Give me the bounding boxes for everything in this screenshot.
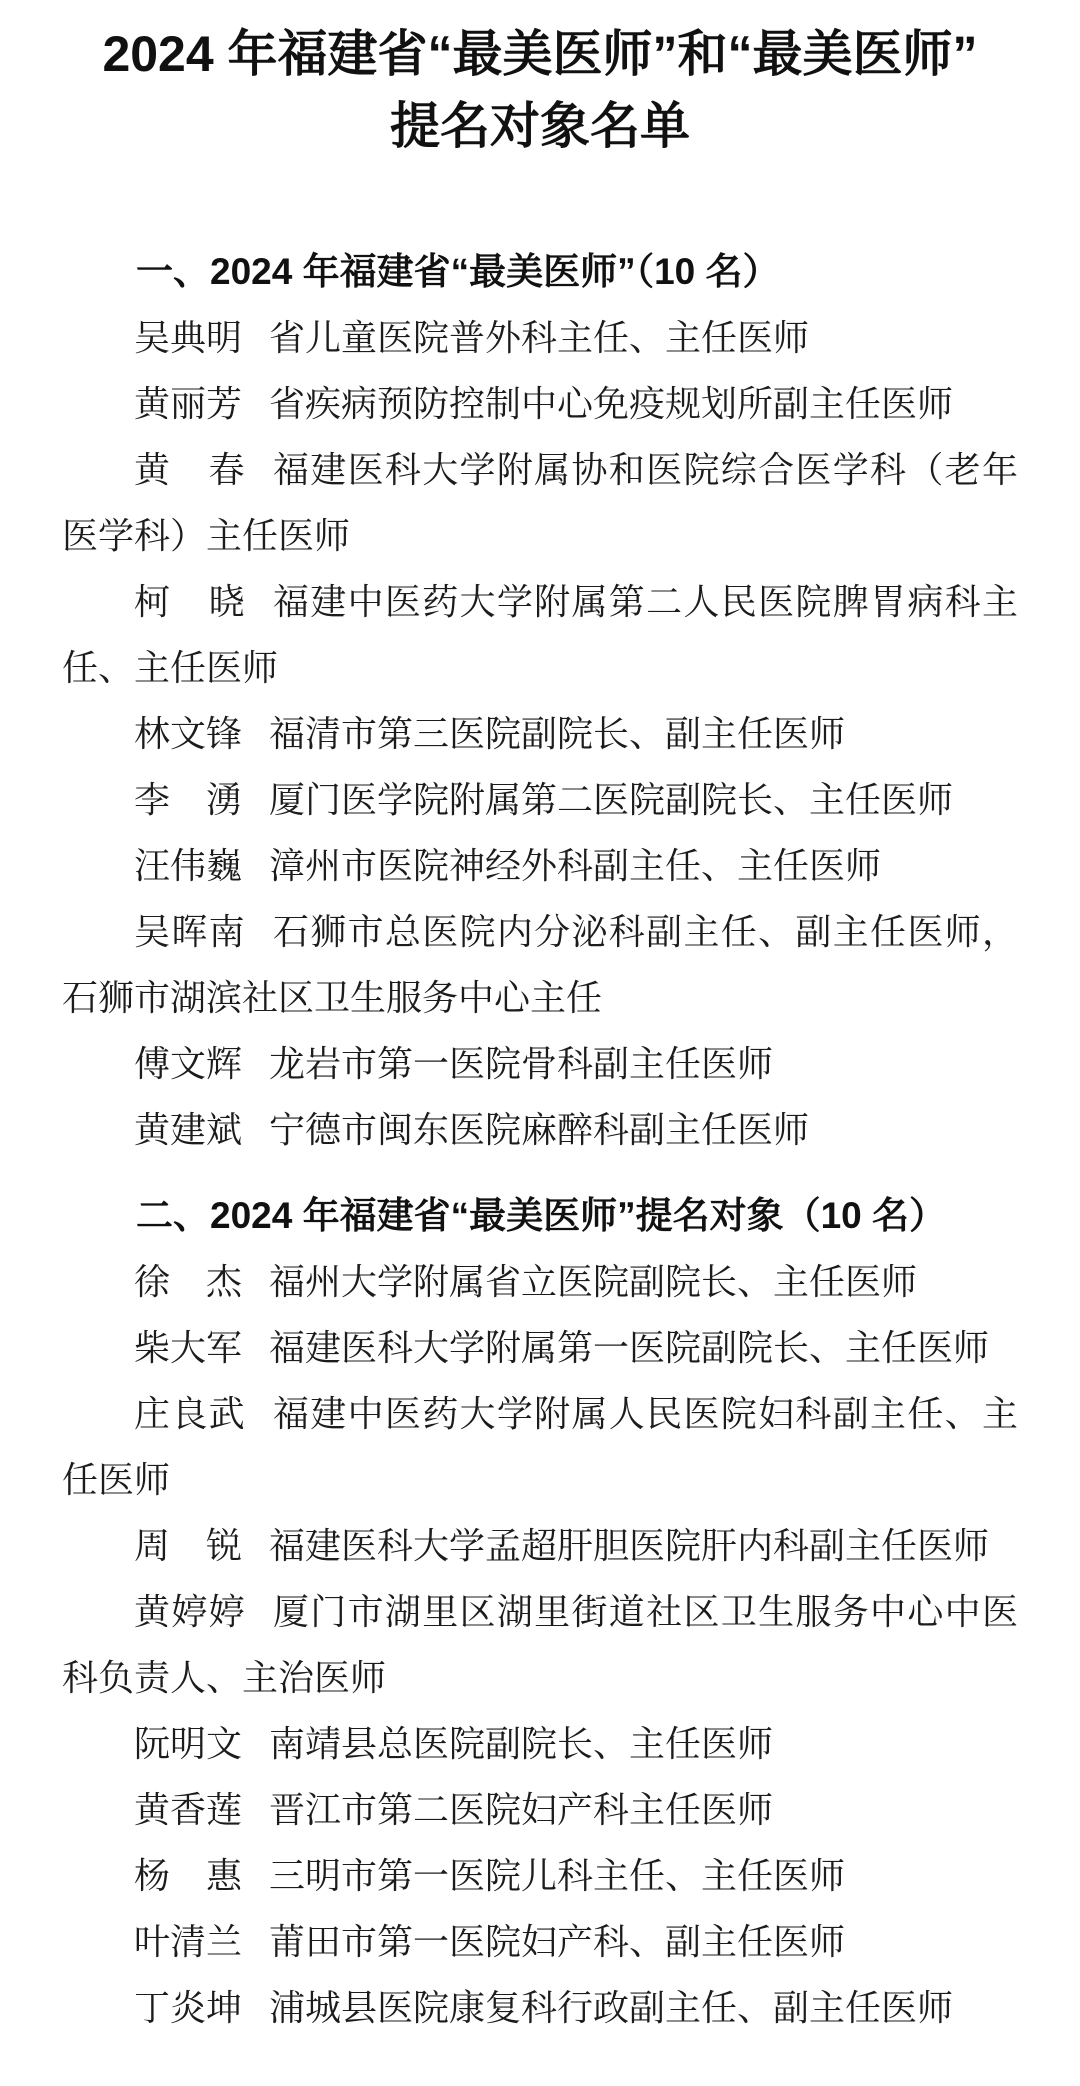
doctor-title: 福州大学附属省立医院副院长、主任医师	[269, 1262, 917, 1302]
list-entry: 徐 杰福州大学附属省立医院副院长、主任医师	[62, 1249, 1018, 1315]
doctor-title: 福建医科大学孟超肝胆医院肝内科副主任医师	[269, 1526, 989, 1566]
list-entry: 汪伟巍漳州市医院神经外科副主任、主任医师	[62, 833, 1018, 899]
list-entry: 吴典明省儿童医院普外科主任、主任医师	[62, 305, 1018, 371]
doctor-name: 黄婷婷	[134, 1592, 246, 1632]
section-1-heading: 一、2024 年福建省“最美医师”（10 名）	[62, 239, 1018, 305]
doctor-title: 莆田市第一医院妇产科、副主任医师	[269, 1922, 845, 1962]
page-title-line-2: 提名对象名单	[62, 90, 1018, 162]
doctor-title: 三明市第一医院儿科主任、主任医师	[269, 1856, 845, 1896]
list-entry: 黄建斌宁德市闽东医院麻醉科副主任医师	[62, 1097, 1018, 1163]
doctor-name: 丁炎坤	[134, 1988, 242, 2028]
doctor-title: 厦门医学院附属第二医院副院长、主任医师	[269, 780, 953, 820]
doctor-name: 黄丽芳	[134, 384, 242, 424]
doctor-title: 晋江市第二医院妇产科主任医师	[269, 1790, 773, 1830]
doctor-name: 柯 晓	[134, 582, 246, 622]
list-entry: 叶清兰莆田市第一医院妇产科、副主任医师	[62, 1909, 1018, 1975]
list-entry: 阮明文南靖县总医院副院长、主任医师	[62, 1711, 1018, 1777]
section-2-heading: 二、2024 年福建省“最美医师”提名对象（10 名）	[62, 1183, 1018, 1249]
page-title-line-1: 2024 年福建省“最美医师”和“最美医师”	[62, 18, 1018, 90]
list-entry: 柴大军福建医科大学附属第一医院副院长、主任医师	[62, 1315, 1018, 1381]
doctor-title: 宁德市闽东医院麻醉科副主任医师	[269, 1110, 809, 1150]
doctor-title: 漳州市医院神经外科副主任、主任医师	[269, 846, 881, 886]
doctor-name: 吴晖南	[134, 912, 246, 952]
list-entry: 庄良武福建中医药大学附属人民医院妇科副主任、主任医师	[62, 1381, 1018, 1513]
doctor-title: 省疾病预防控制中心免疫规划所副主任医师	[269, 384, 953, 424]
list-entry: 黄丽芳省疾病预防控制中心免疫规划所副主任医师	[62, 371, 1018, 437]
doctor-name: 李 湧	[134, 780, 242, 820]
list-entry: 吴晖南石狮市总医院内分泌科副主任、副主任医师，石狮市湖滨社区卫生服务中心主任	[62, 899, 1018, 1031]
list-entry: 林文锋福清市第三医院副院长、副主任医师	[62, 701, 1018, 767]
doctor-name: 叶清兰	[134, 1922, 242, 1962]
doctor-name: 杨 惠	[134, 1856, 242, 1896]
list-entry: 黄 春福建医科大学附属协和医院综合医学科（老年医学科）主任医师	[62, 437, 1018, 569]
doctor-name: 吴典明	[134, 318, 242, 358]
list-entry: 周 锐福建医科大学孟超肝胆医院肝内科副主任医师	[62, 1513, 1018, 1579]
doctor-title: 福建医科大学附属第一医院副院长、主任医师	[269, 1328, 989, 1368]
list-entry: 傅文辉龙岩市第一医院骨科副主任医师	[62, 1031, 1018, 1097]
doctor-name: 阮明文	[134, 1724, 242, 1764]
doctor-title: 龙岩市第一医院骨科副主任医师	[269, 1044, 773, 1084]
doctor-name: 傅文辉	[134, 1044, 242, 1084]
doctor-name: 林文锋	[134, 714, 242, 754]
doctor-title: 浦城县医院康复科行政副主任、副主任医师	[269, 1988, 953, 2028]
doctor-name: 黄建斌	[134, 1110, 242, 1150]
doctor-title: 省儿童医院普外科主任、主任医师	[269, 318, 809, 358]
list-entry: 柯 晓福建中医药大学附属第二人民医院脾胃病科主任、主任医师	[62, 569, 1018, 701]
doctor-name: 柴大军	[134, 1328, 242, 1368]
doctor-title: 福清市第三医院副院长、副主任医师	[269, 714, 845, 754]
doctor-name: 周 锐	[134, 1526, 242, 1566]
list-entry: 黄婷婷厦门市湖里区湖里街道社区卫生服务中心中医科负责人、主治医师	[62, 1579, 1018, 1711]
list-entry: 黄香莲晋江市第二医院妇产科主任医师	[62, 1777, 1018, 1843]
doctor-name: 黄 春	[134, 450, 246, 490]
sections: 一、2024 年福建省“最美医师”（10 名）吴典明省儿童医院普外科主任、主任医…	[62, 239, 1018, 2041]
doctor-name: 徐 杰	[134, 1262, 242, 1302]
document-header: 2024 年福建省“最美医师”和“最美医师” 提名对象名单	[62, 18, 1018, 162]
list-entry: 李 湧厦门医学院附属第二医院副院长、主任医师	[62, 767, 1018, 833]
doctor-name: 黄香莲	[134, 1790, 242, 1830]
doctor-title: 南靖县总医院副院长、主任医师	[269, 1724, 773, 1764]
doctor-name: 庄良武	[134, 1394, 246, 1434]
list-entry: 丁炎坤浦城县医院康复科行政副主任、副主任医师	[62, 1975, 1018, 2041]
doctor-name: 汪伟巍	[134, 846, 242, 886]
list-entry: 杨 惠三明市第一医院儿科主任、主任医师	[62, 1843, 1018, 1909]
document-page: 2024 年福建省“最美医师”和“最美医师” 提名对象名单 一、2024 年福建…	[0, 0, 1080, 2086]
